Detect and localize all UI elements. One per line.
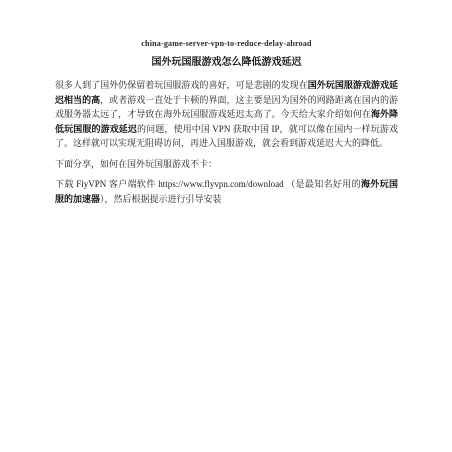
text-segment: 下载 FlyVPN 客户端软件 https://www.flyvpn.com/d… — [55, 179, 361, 189]
article-paragraph: 下载 FlyVPN 客户端软件 https://www.flyvpn.com/d… — [55, 177, 398, 206]
article-paragraph: 下面分享，如何在国外玩国服游戏不卡： — [55, 157, 398, 172]
article-paragraph: 很多人到了国外仍保留着玩国服游戏的喜好，可是悲剧的发现在国外玩国服游戏游戏延迟相… — [55, 78, 398, 151]
article-slug: china-game-server-vpn-to-reduce-delay-ab… — [55, 38, 398, 49]
article-body: 很多人到了国外仍保留着玩国服游戏的喜好，可是悲剧的发现在国外玩国服游戏游戏延迟相… — [55, 78, 398, 206]
page-title: 国外玩国服游戏怎么降低游戏延迟 — [55, 56, 398, 69]
text-segment: 下面分享，如何在国外玩国服游戏不卡： — [55, 159, 217, 169]
document-page: china-game-server-vpn-to-reduce-delay-ab… — [0, 0, 452, 452]
text-segment: ，或者游戏一直处于卡顿的界面，这主要是因为国外的网路距离在国内的游戏服务器太远了… — [55, 95, 398, 120]
document-content: china-game-server-vpn-to-reduce-delay-ab… — [55, 38, 398, 212]
text-segment: 很多人到了国外仍保留着玩国服游戏的喜好，可是悲剧的发现在 — [55, 80, 308, 90]
text-segment: ），然后根据提示进行引导安装 — [100, 194, 222, 204]
